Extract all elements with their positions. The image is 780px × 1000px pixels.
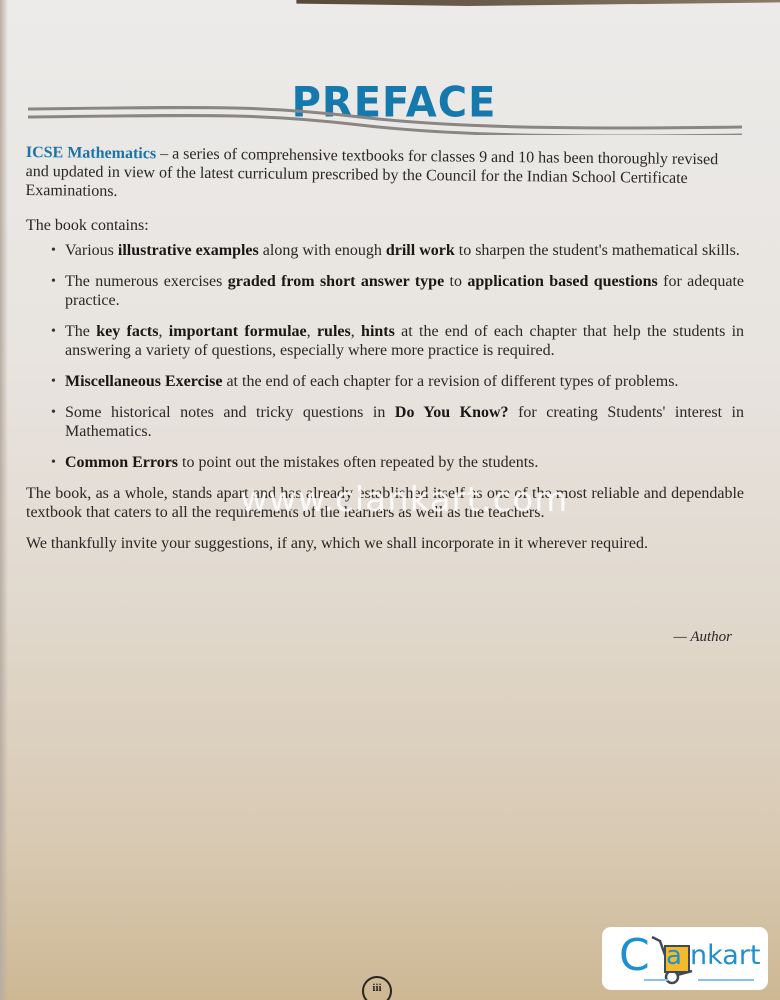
feature-highlight: hints bbox=[361, 323, 395, 340]
feature-list: Various illustrative examples along with… bbox=[26, 241, 744, 472]
series-name: ICSE Mathematics bbox=[26, 144, 156, 162]
feature-item: Various illustrative examples along with… bbox=[65, 241, 744, 260]
feature-text: , bbox=[307, 323, 317, 340]
feature-text: to bbox=[444, 273, 467, 290]
feature-highlight: Common Errors bbox=[65, 454, 178, 471]
feature-text: The numerous exercises bbox=[65, 273, 228, 290]
feature-highlight: application based questions bbox=[467, 273, 657, 290]
signature: — Author bbox=[674, 629, 732, 646]
feature-text: at the end of each chapter for a revisio… bbox=[222, 373, 678, 390]
page-number: iii bbox=[362, 976, 392, 1000]
feature-highlight: Do You Know? bbox=[395, 404, 509, 421]
feature-text: Various bbox=[65, 242, 118, 259]
feature-highlight: illustrative examples bbox=[118, 242, 259, 259]
contains-label: The book contains: bbox=[26, 216, 744, 235]
logo-letter-a: a bbox=[666, 942, 682, 970]
logo-wordmark: nkart bbox=[690, 941, 761, 971]
watermark: www.clankart.com bbox=[240, 480, 568, 520]
feature-highlight: rules bbox=[317, 323, 351, 340]
feature-highlight: Miscellaneous Exercise bbox=[65, 373, 222, 390]
logo-underline-left bbox=[644, 979, 668, 981]
feature-text: along with enough bbox=[259, 242, 386, 259]
feature-text: , bbox=[158, 323, 168, 340]
feature-highlight: drill work bbox=[386, 242, 455, 259]
feature-text: , bbox=[351, 323, 361, 340]
logo-letter-c: C bbox=[619, 932, 650, 980]
feature-item: Miscellaneous Exercise at the end of eac… bbox=[65, 372, 744, 391]
clankart-logo: C a nkart bbox=[602, 927, 768, 990]
feature-text: to point out the mistakes often repeated… bbox=[178, 454, 538, 471]
feature-highlight: graded from short answer type bbox=[228, 273, 444, 290]
feature-highlight: important formulae bbox=[169, 323, 307, 340]
feature-text: The bbox=[65, 323, 96, 340]
intro-paragraph: ICSE Mathematics – a series of comprehen… bbox=[25, 143, 744, 208]
feature-item: The numerous exercises graded from short… bbox=[65, 272, 744, 310]
logo-underline-right bbox=[698, 979, 754, 981]
feature-text: to sharpen the student's mathematical sk… bbox=[455, 242, 740, 259]
decorative-wave-rule bbox=[0, 95, 780, 135]
page-edge bbox=[0, 0, 780, 6]
feature-item: Some historical notes and tricky questio… bbox=[65, 403, 744, 441]
feature-text: Some historical notes and tricky questio… bbox=[65, 404, 395, 421]
feature-highlight: key facts bbox=[96, 323, 158, 340]
page-shadow bbox=[0, 0, 8, 1000]
feature-item: The key facts, important formulae, rules… bbox=[65, 322, 744, 360]
feature-item: Common Errors to point out the mistakes … bbox=[65, 453, 744, 472]
paragraph-invite: We thankfully invite your suggestions, i… bbox=[26, 534, 744, 553]
